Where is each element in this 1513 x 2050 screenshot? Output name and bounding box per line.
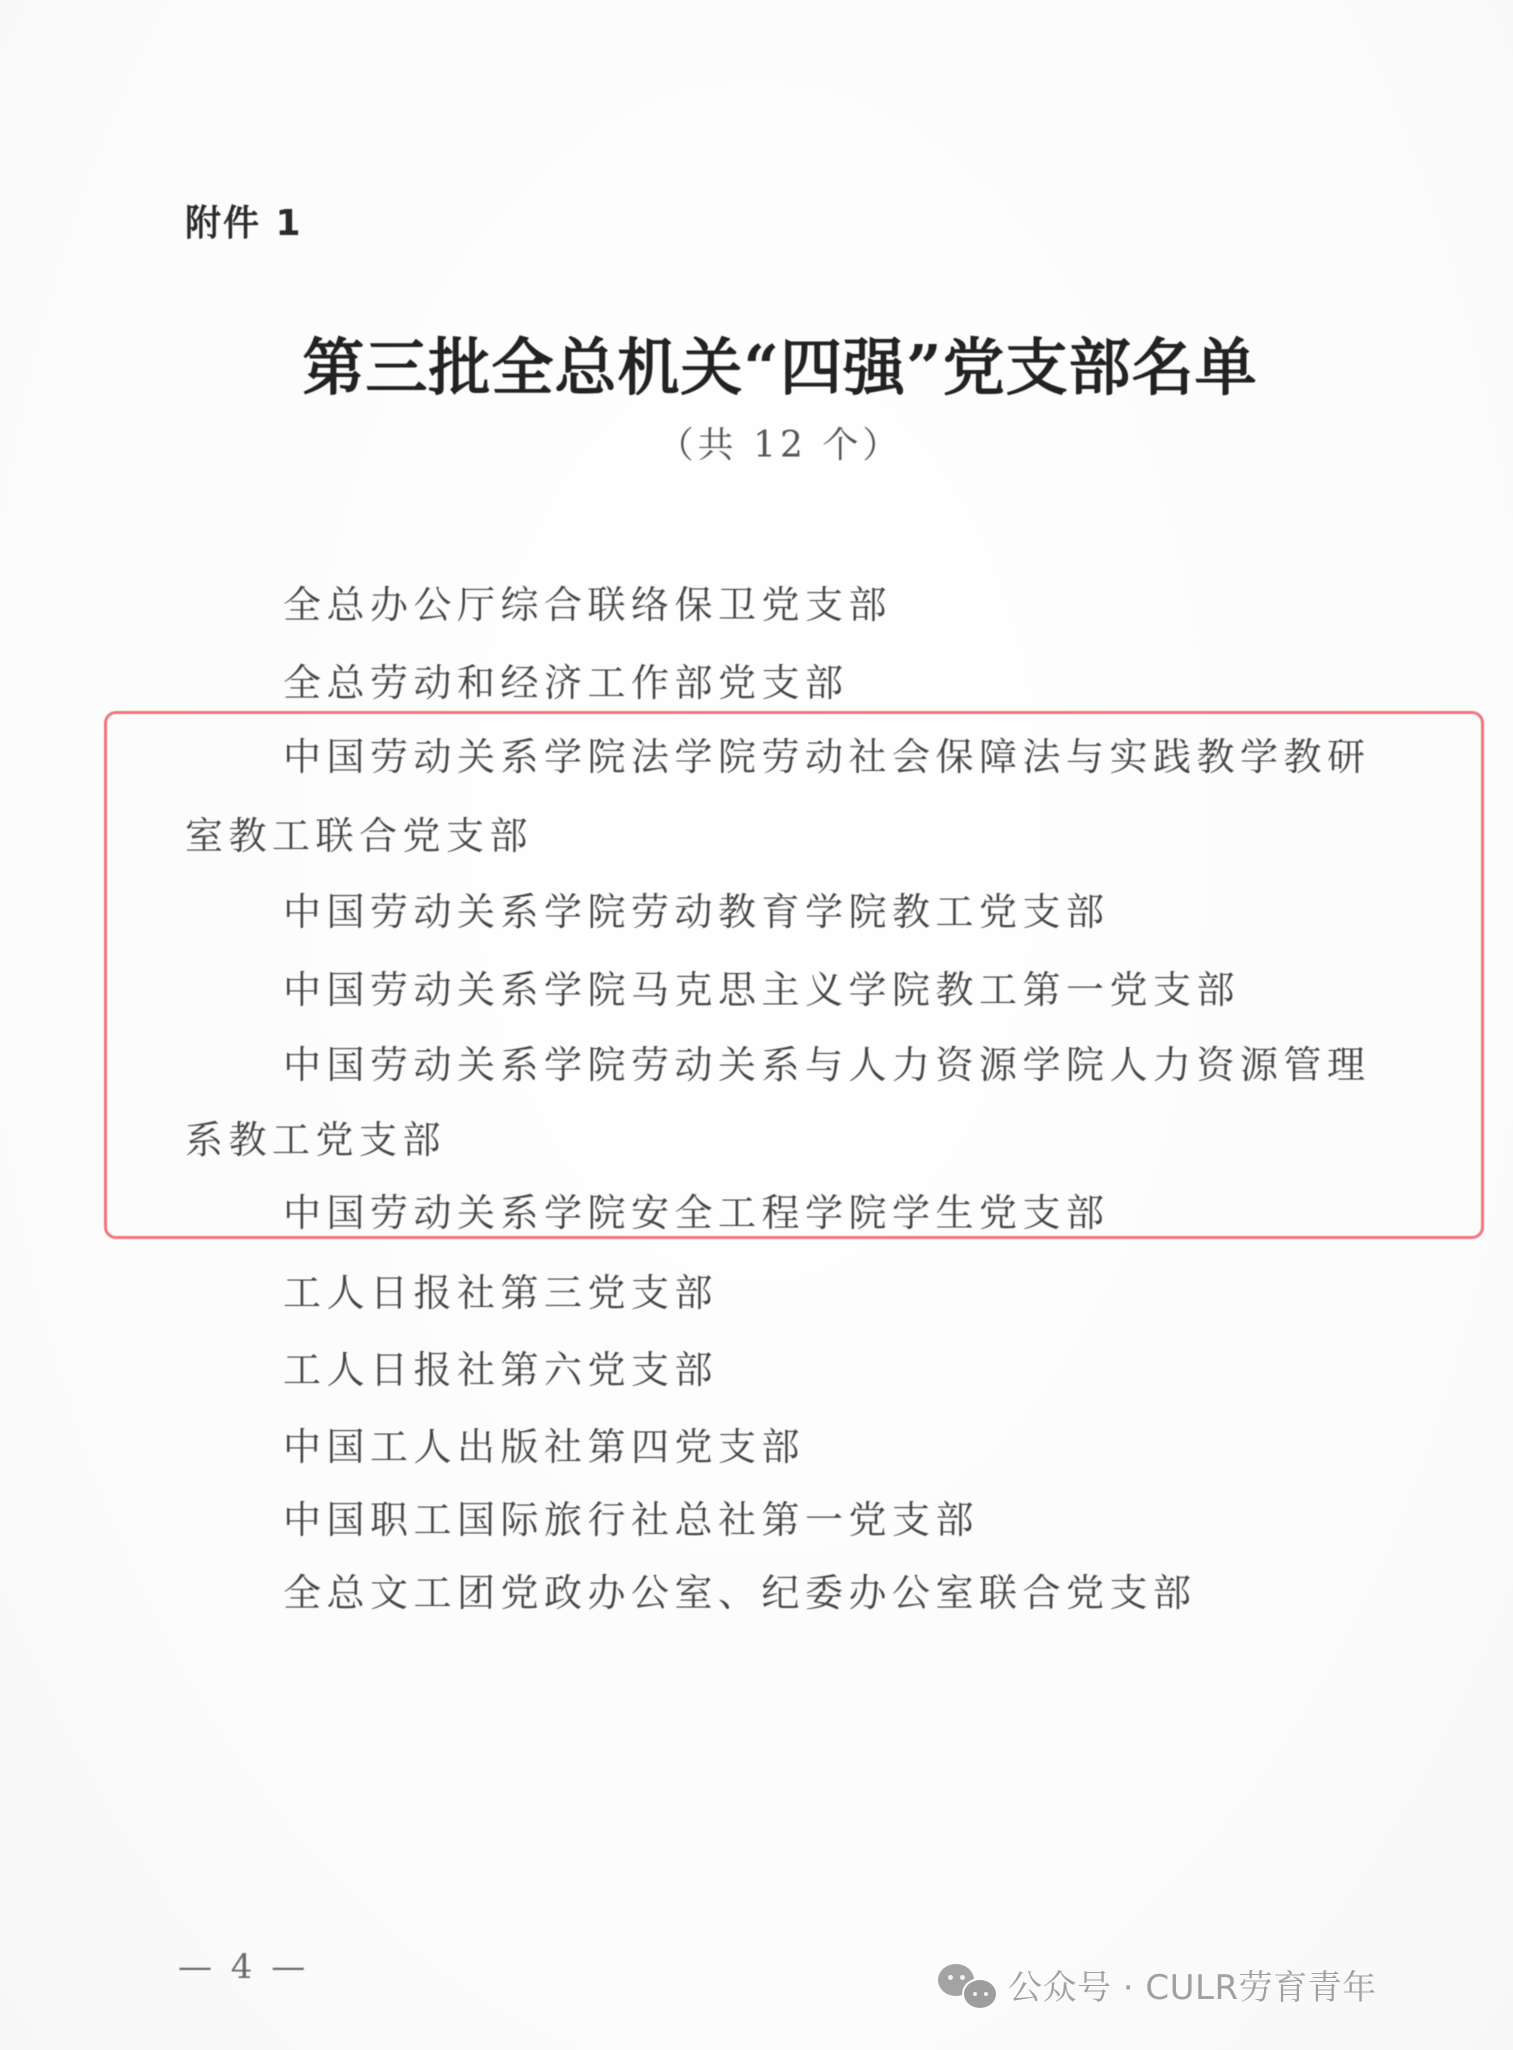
wechat-watermark: 公众号 · CULR劳育青年 bbox=[936, 1962, 1377, 2014]
document-title: 第三批全总机关“四强”党支部名单 bbox=[230, 328, 1330, 408]
page-number: — 4 — bbox=[178, 1945, 309, 1989]
list-item-continuation: 室教工联合党支部 bbox=[185, 814, 533, 858]
list-item: 中国劳动关系学院安全工程学院学生党支部 bbox=[283, 1191, 1110, 1235]
wechat-eye bbox=[948, 1975, 953, 1980]
wechat-eye bbox=[973, 1992, 977, 1996]
list-item: 中国工人出版社第四党支部 bbox=[283, 1425, 805, 1469]
list-item: 全总文工团党政办公室、纪委办公室联合党支部 bbox=[283, 1571, 1197, 1615]
list-item: 全总劳动和经济工作部党支部 bbox=[283, 661, 849, 705]
list-item: 中国职工国际旅行社总社第一党支部 bbox=[283, 1498, 979, 1542]
document-subtitle: （共 12 个） bbox=[480, 420, 1080, 472]
wechat-icon bbox=[936, 1962, 998, 2014]
wechat-eye bbox=[960, 1975, 965, 1980]
list-item-continuation: 系教工党支部 bbox=[185, 1118, 446, 1162]
wechat-eye bbox=[984, 1992, 988, 1996]
list-item: 工人日报社第三党支部 bbox=[283, 1271, 718, 1315]
list-item: 中国劳动关系学院法学院劳动社会保障法与实践教学教研 bbox=[283, 735, 1371, 779]
document-page: 附件 1 第三批全总机关“四强”党支部名单 （共 12 个） 全总办公厅综合联络… bbox=[0, 0, 1513, 2050]
attachment-label: 附件 1 bbox=[185, 200, 303, 248]
wechat-bubble-small bbox=[964, 1980, 996, 2008]
list-item: 全总办公厅综合联络保卫党支部 bbox=[283, 583, 892, 627]
list-item: 中国劳动关系学院劳动关系与人力资源学院人力资源管理 bbox=[283, 1043, 1371, 1087]
list-item: 中国劳动关系学院马克思主义学院教工第一党支部 bbox=[283, 968, 1240, 1012]
watermark-text: 公众号 · CULR劳育青年 bbox=[1008, 1966, 1377, 2010]
list-item: 工人日报社第六党支部 bbox=[283, 1348, 718, 1392]
list-item: 中国劳动关系学院劳动教育学院教工党支部 bbox=[283, 890, 1110, 934]
